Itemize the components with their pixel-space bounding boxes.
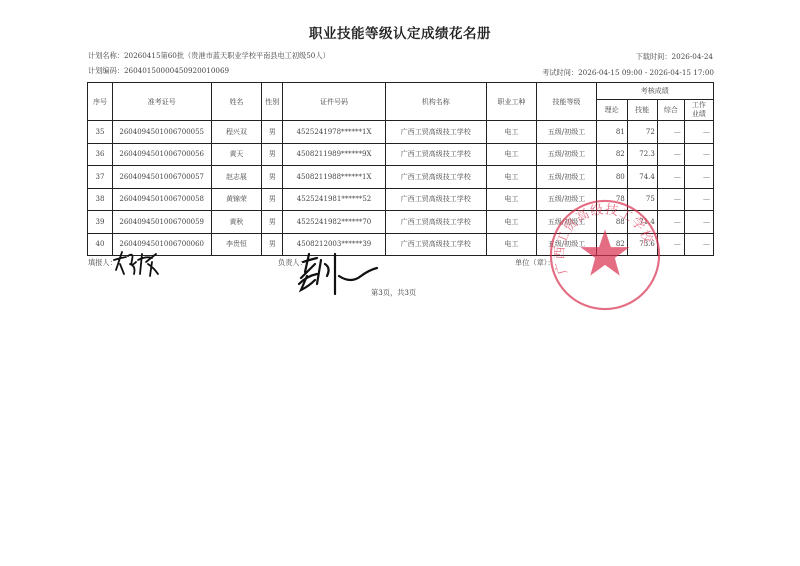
plan-name: 计划名称：20260415第60批（贵港市蓝天职业学校平南县电工初级50人） <box>88 51 330 61</box>
cell-org: 广西工贸高级技工学校 <box>385 166 486 189</box>
header-ticket-no: 准考证号 <box>112 83 211 121</box>
cell-occupation: 电工 <box>486 211 537 234</box>
cell-org: 广西工贸高级技工学校 <box>385 188 486 211</box>
cell-theory: 82 <box>596 143 627 166</box>
cell-skill: 73.6 <box>627 233 657 256</box>
cell-gender: 男 <box>262 143 283 166</box>
header-name: 姓名 <box>211 83 262 121</box>
cell-occupation: 电工 <box>486 166 537 189</box>
cell-occupation: 电工 <box>486 233 537 256</box>
cell-theory: 80 <box>596 166 627 189</box>
cell-seq: 37 <box>88 166 113 189</box>
cell-id-no: 4525241982******70 <box>283 211 386 234</box>
cell-level: 五级/初级工 <box>537 233 596 256</box>
cell-work: — <box>684 188 713 211</box>
header-theory: 理论 <box>596 100 627 121</box>
cell-name: 黄秋 <box>211 211 262 234</box>
cell-name: 程兴双 <box>211 121 262 144</box>
cell-name: 赵志展 <box>211 166 262 189</box>
responsible-signature <box>295 250 385 295</box>
cell-gender: 男 <box>262 121 283 144</box>
cell-theory: 78 <box>596 188 627 211</box>
header-gender: 性别 <box>262 83 283 121</box>
cell-ticket-no: 2604094501006700056 <box>112 143 211 166</box>
cell-gender: 男 <box>262 188 283 211</box>
table-row: 372604094501006700057赵志展男4508211988*****… <box>88 166 714 189</box>
cell-level: 五级/初级工 <box>537 121 596 144</box>
exam-time: 考试时间：2026-04-15 09:00 - 2026-04-15 17:00 <box>542 68 714 78</box>
header-level: 技能等级 <box>537 83 596 121</box>
page-title: 职业技能等级认定成绩花名册 <box>0 22 800 42</box>
cell-skill: 75 <box>627 188 657 211</box>
cell-overall: — <box>657 233 684 256</box>
cell-level: 五级/初级工 <box>537 143 596 166</box>
header-id-no: 证件号码 <box>283 83 386 121</box>
cell-seq: 39 <box>88 211 113 234</box>
cell-ticket-no: 2604094501006700057 <box>112 166 211 189</box>
table-row: 392604094501006700059黄秋男4525241982******… <box>88 211 714 234</box>
cell-name: 黄天 <box>211 143 262 166</box>
cell-org: 广西工贸高级技工学校 <box>385 233 486 256</box>
cell-seq: 40 <box>88 233 113 256</box>
cell-seq: 36 <box>88 143 113 166</box>
cell-gender: 男 <box>262 166 283 189</box>
cell-work: — <box>684 143 713 166</box>
cell-skill: 72 <box>627 121 657 144</box>
cell-theory: 81 <box>596 121 627 144</box>
table-row: 35260409450100670005​5程兴双男4525241978****… <box>88 121 714 144</box>
cell-level: 五级/初级工 <box>537 188 596 211</box>
cell-overall: — <box>657 211 684 234</box>
table-row: 382604094501006700058黄锦荣男4525241981*****… <box>88 188 714 211</box>
unit-seal-label: 单位（章）： <box>515 258 555 268</box>
table-row: 402604094501006700060李贵恒男4508212003*****… <box>88 233 714 256</box>
cell-overall: — <box>657 121 684 144</box>
header-overall: 综合 <box>657 100 684 121</box>
cell-level: 五级/初级工 <box>537 211 596 234</box>
score-roster-table: 序号 准考证号 姓名 性别 证件号码 机构名称 职业工种 技能等级 考核成绩 理… <box>87 82 714 256</box>
cell-ticket-no: 2604094501006700058 <box>112 188 211 211</box>
download-time: 下载时间：2026-04-24 <box>636 52 713 62</box>
cell-skill: 71.4 <box>627 211 657 234</box>
cell-occupation: 电工 <box>486 143 537 166</box>
cell-org: 广西工贸高级技工学校 <box>385 121 486 144</box>
cell-id-no: 4508211988******1X <box>283 166 386 189</box>
cell-work: — <box>684 233 713 256</box>
cell-theory: 82 <box>596 233 627 256</box>
table-row: 362604094501006700056黄天男4508211989******… <box>88 143 714 166</box>
header-skill: 技能 <box>627 100 657 121</box>
plan-number: 计划编码：26040150000450920010069 <box>88 66 229 76</box>
cell-overall: — <box>657 188 684 211</box>
header-scores-group: 考核成绩 <box>596 83 713 100</box>
cell-skill: 72.3 <box>627 143 657 166</box>
cell-overall: — <box>657 166 684 189</box>
cell-id-no: 4508211989******9X <box>283 143 386 166</box>
cell-work: — <box>684 121 713 144</box>
header-occupation: 职业工种 <box>486 83 537 121</box>
cell-id-no: 4525241978******1X <box>283 121 386 144</box>
cell-id-no: 4525241981******52 <box>283 188 386 211</box>
cell-seq: 35 <box>88 121 113 144</box>
cell-org: 广西工贸高级技工学校 <box>385 211 486 234</box>
cell-name: 黄锦荣 <box>211 188 262 211</box>
cell-overall: — <box>657 143 684 166</box>
cell-name: 李贵恒 <box>211 233 262 256</box>
cell-occupation: 电工 <box>486 188 537 211</box>
cell-work: — <box>684 211 713 234</box>
cell-gender: 男 <box>262 233 283 256</box>
filler-signature <box>112 248 172 278</box>
header-work-performance: 工作业绩 <box>684 100 713 121</box>
cell-work: — <box>684 166 713 189</box>
cell-ticket-no: 2604094501006700059 <box>112 211 211 234</box>
cell-theory: 88 <box>596 211 627 234</box>
cell-occupation: 电工 <box>486 121 537 144</box>
header-org: 机构名称 <box>385 83 486 121</box>
cell-gender: 男 <box>262 211 283 234</box>
cell-ticket-no: 260409450100670005​5 <box>112 121 211 144</box>
cell-skill: 74.4 <box>627 166 657 189</box>
cell-seq: 38 <box>88 188 113 211</box>
cell-level: 五级/初级工 <box>537 166 596 189</box>
header-seq: 序号 <box>88 83 113 121</box>
cell-org: 广西工贸高级技工学校 <box>385 143 486 166</box>
